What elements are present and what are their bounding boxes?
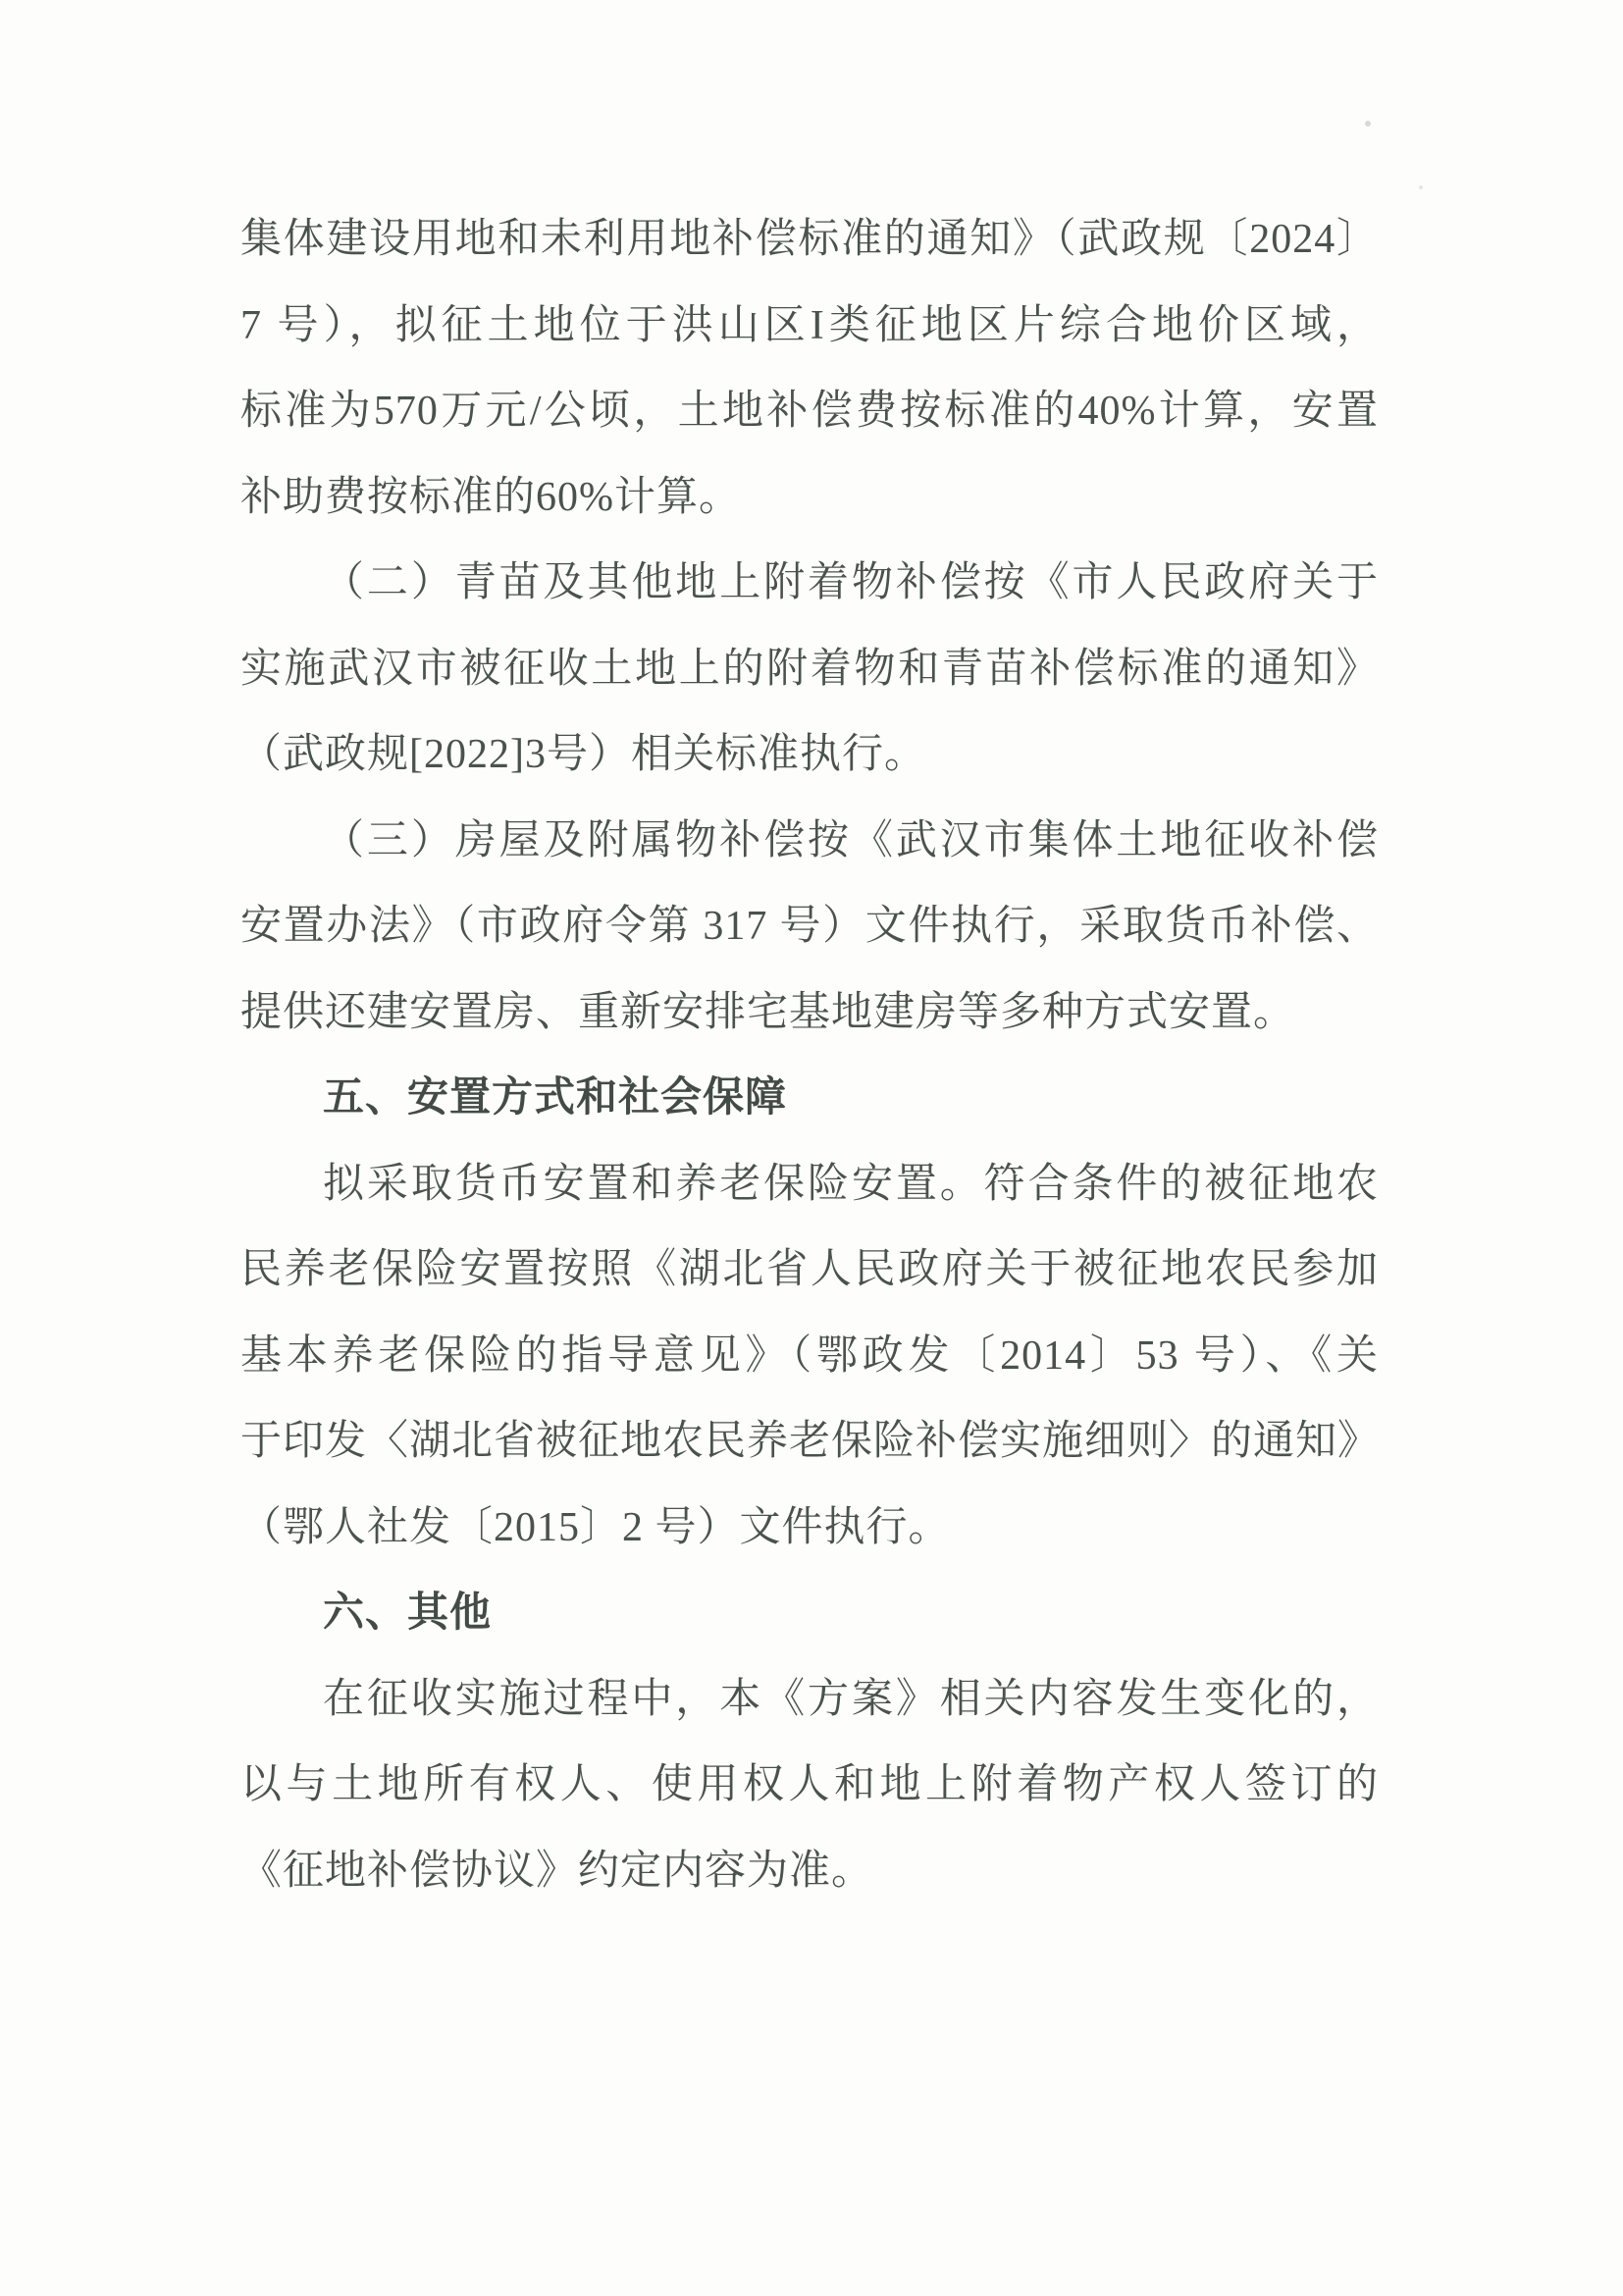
doc-line-06: 实施武汉市被征收土地上的附着物和青苗补偿标准的通知》: [240, 627, 1379, 713]
doc-line-12: 拟采取货币安置和养老保险安置。符合条件的被征地农: [240, 1142, 1379, 1228]
doc-line-19: 以与土地所有权人、使用权人和地上附着物产权人签订的: [240, 1743, 1379, 1829]
doc-line-20: 《征地补偿协议》约定内容为准。: [240, 1829, 1379, 1915]
doc-line-05: （二）青苗及其他地上附着物补偿按《市人民政府关于: [240, 541, 1379, 627]
doc-line-03: 标准为570万元/公顷，土地补偿费按标准的40%计算，安置: [240, 369, 1379, 455]
scan-artifact-speck: [1419, 185, 1423, 189]
doc-line-09: 安置办法》（市政府令第 317 号）文件执行，采取货币补偿、: [240, 884, 1379, 970]
section-heading-6: 六、其他: [240, 1571, 1379, 1657]
doc-line-07: （武政规[2022]3号）相关标准执行。: [240, 712, 1379, 799]
doc-line-13: 民养老保险安置按照《湖北省人民政府关于被征地农民参加: [240, 1227, 1379, 1314]
doc-line-02: 7 号），拟征土地位于洪山区I类征地区片综合地价区域，: [240, 284, 1379, 370]
document-text-block: 集体建设用地和未利用地补偿标准的通知》（武政规〔2024〕 7 号），拟征土地位…: [240, 197, 1379, 1914]
doc-line-15: 于印发〈湖北省被征地农民养老保险补偿实施细则〉的通知》: [240, 1399, 1379, 1486]
doc-line-04: 补助费按标准的60%计算。: [240, 455, 1379, 542]
document-page: 集体建设用地和未利用地补偿标准的通知》（武政规〔2024〕 7 号），拟征土地位…: [0, 0, 1623, 2296]
doc-line-18: 在征收实施过程中，本《方案》相关内容发生变化的，: [240, 1657, 1379, 1744]
doc-line-16: （鄂人社发〔2015〕2 号）文件执行。: [240, 1486, 1379, 1572]
scan-artifact-speck: [1365, 121, 1371, 127]
doc-line-14: 基本养老保险的指导意见》（鄂政发〔2014〕53 号）、《关: [240, 1314, 1379, 1400]
section-heading-5: 五、安置方式和社会保障: [240, 1056, 1379, 1142]
doc-line-10: 提供还建安置房、重新安排宅基地建房等多种方式安置。: [240, 970, 1379, 1057]
doc-line-01: 集体建设用地和未利用地补偿标准的通知》（武政规〔2024〕: [240, 197, 1379, 284]
doc-line-08: （三）房屋及附属物补偿按《武汉市集体土地征收补偿: [240, 799, 1379, 885]
